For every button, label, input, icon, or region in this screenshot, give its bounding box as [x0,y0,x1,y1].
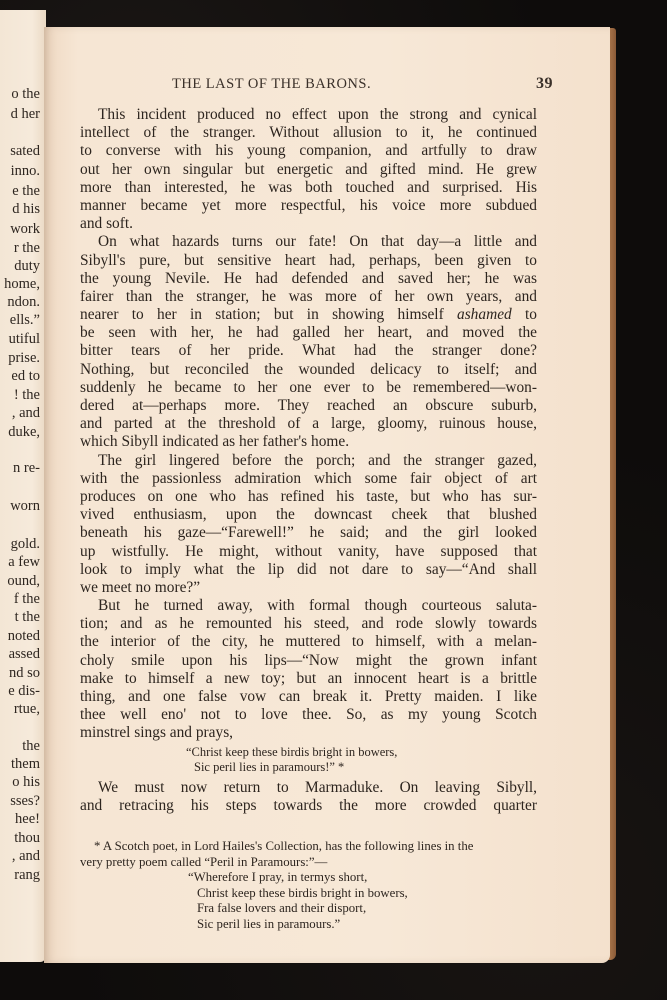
text-line: minstrel sings and prays, [80,724,537,742]
text-line: and soft. [80,215,537,233]
text-line: nearer to her in station; but in showing… [80,306,537,324]
footnote-line: * A Scotch poet, in Lord Hailes's Collec… [80,839,544,855]
text-line: vived enthusiasm, upon the downcast chee… [80,506,537,524]
left-page-text-fragment: noted [8,626,40,646]
left-page-text-fragment: o his [12,772,40,792]
left-page-text-fragment: duke, [8,422,40,442]
text-line: and parted at the threshold of a large, … [80,415,537,433]
text-line: produces on one who has refined his tast… [80,488,537,506]
footnote-verse-line: Sic peril lies in paramours.” [80,917,544,933]
left-page-text-fragment: home, [4,274,40,294]
text-line: be seen with her, he had galled her hear… [80,324,537,342]
text-line: suddenly he became to her one ever to be… [80,379,537,397]
left-page-text-fragment: utiful [9,329,40,349]
text-line: choly smile upon his lips—“Now might the… [80,652,537,670]
text-line: The girl lingered before the porch; and … [80,452,537,470]
text-line: On what hazards turns our fate! On that … [80,233,537,251]
italic-word: ashamed [457,306,512,323]
text-line: the young Nevile. He had defended and sa… [80,270,537,288]
left-page-text-fragment: , and [12,403,40,423]
text-line: up wistfully. He might, without vanity, … [80,543,537,561]
text-line: thee well eno' not to love thee. So, as … [80,706,537,724]
left-page-text-fragment: nd so [9,663,40,683]
footnote-line: very pretty poem called “Peril in Paramo… [80,855,544,871]
left-page-text-fragment: ells.” [10,310,40,330]
left-page-text-fragment: ound, [7,571,40,591]
left-page-text-fragment: n re- [13,458,40,478]
text-line: But he turned away, with formal though c… [80,597,537,615]
left-page-text-fragment: , and [12,846,40,866]
left-page-text-fragment: r the [14,238,40,258]
verse-line: “Christ keep these birdis bright in bowe… [80,745,537,760]
left-page-text-fragment: e dis- [8,681,40,701]
footnote-verse-line: “Wherefore I pray, in termys short, [80,870,544,886]
left-page-text-fragment: d his [12,199,40,219]
body-text: This incident produced no effect upon th… [80,106,537,815]
left-page-fragment: o thed hersatedinno.e thed hisworkr thed… [0,10,46,962]
text-line: Nothing, but reconciled the wounded deli… [80,361,537,379]
text-line: thing, and one false vow can break it. P… [80,688,537,706]
text-line: out her own singular but energetic and g… [80,161,537,179]
left-page-text-fragment: thou [14,828,40,848]
text-line: with the passionless admiration which so… [80,470,537,488]
left-page-text-fragment: work [10,219,40,239]
text-line: bitter tears of her pride. What had the … [80,342,537,360]
left-page-text-fragment: gold. [11,534,40,554]
left-page-text-fragment: them [11,754,40,774]
text-line: tion; and as he remounted his steed, and… [80,615,537,633]
page-number: 39 [536,75,553,93]
left-page-text-fragment: ndon. [7,292,40,312]
left-page-text-fragment: o the [11,84,40,104]
text-line: We must now return to Marmaduke. On leav… [80,779,537,797]
text-line: beneath his gaze—“Farewell!” he said; an… [80,524,537,542]
footnote-verse-line: Fra false lovers and their disport, [80,901,544,917]
left-page-text-fragment: rtue, [14,699,40,719]
left-page-text-fragment: ed to [11,366,40,386]
verse-line: Sic peril lies in paramours!” * [80,760,537,775]
left-page-text-fragment: t the [15,607,40,627]
text-line: fairer than the stranger, he was more of… [80,288,537,306]
footnote: * A Scotch poet, in Lord Hailes's Collec… [80,839,544,933]
text-line: we meet no more?” [80,579,537,597]
text-line: and retracing his steps towards the more… [80,797,537,815]
text-line: more than interested, he was both touche… [80,179,537,197]
verse-quote: “Christ keep these birdis bright in bowe… [80,745,537,775]
left-page-text-fragment: sated [10,141,40,161]
text-line: which Sibyll indicated as her father's h… [80,433,537,451]
left-page-text-fragment: assed [9,644,40,664]
text-line: intellect of the stranger. Without allus… [80,124,537,142]
text-line: manner became yet more respectful, his v… [80,197,537,215]
text-line: Sibyll's pure, but sensitive heart had, … [80,252,537,270]
left-page-text-fragment: prise. [8,348,40,368]
text-line: make to himself a new toy; but an innoce… [80,670,537,688]
running-title: THE LAST OF THE BARONS. [172,76,371,93]
page-header: THE LAST OF THE BARONS. 39 [44,76,610,98]
left-page-text-fragment: hee! [15,809,40,829]
text-line: the interior of the city, he muttered to… [80,633,537,651]
text-line: This incident produced no effect upon th… [80,106,537,124]
left-page-text-fragment: d her [11,104,40,124]
left-page-text-fragment: e the [12,181,40,201]
footnote-verse-line: Christ keep these birdis bright in bower… [80,886,544,902]
left-page-text-fragment: sses? [10,791,40,811]
right-page: THE LAST OF THE BARONS. 39 This incident… [44,27,610,963]
left-page-text-fragment: inno. [11,161,40,181]
text-line: dered at—perhaps more. They reached an o… [80,397,537,415]
text-line: look to imply what the lip did not dare … [80,561,537,579]
left-page-text-fragment: duty [14,256,40,276]
left-page-text-fragment: the [22,736,40,756]
left-page-text-fragment: worn [10,496,40,516]
text-line: to converse with his young companion, an… [80,142,537,160]
left-page-text-fragment: a few [8,552,40,572]
left-page-text-fragment: f the [14,589,40,609]
left-page-text-fragment: ! the [14,385,40,405]
left-page-text-fragment: rang [14,865,40,885]
